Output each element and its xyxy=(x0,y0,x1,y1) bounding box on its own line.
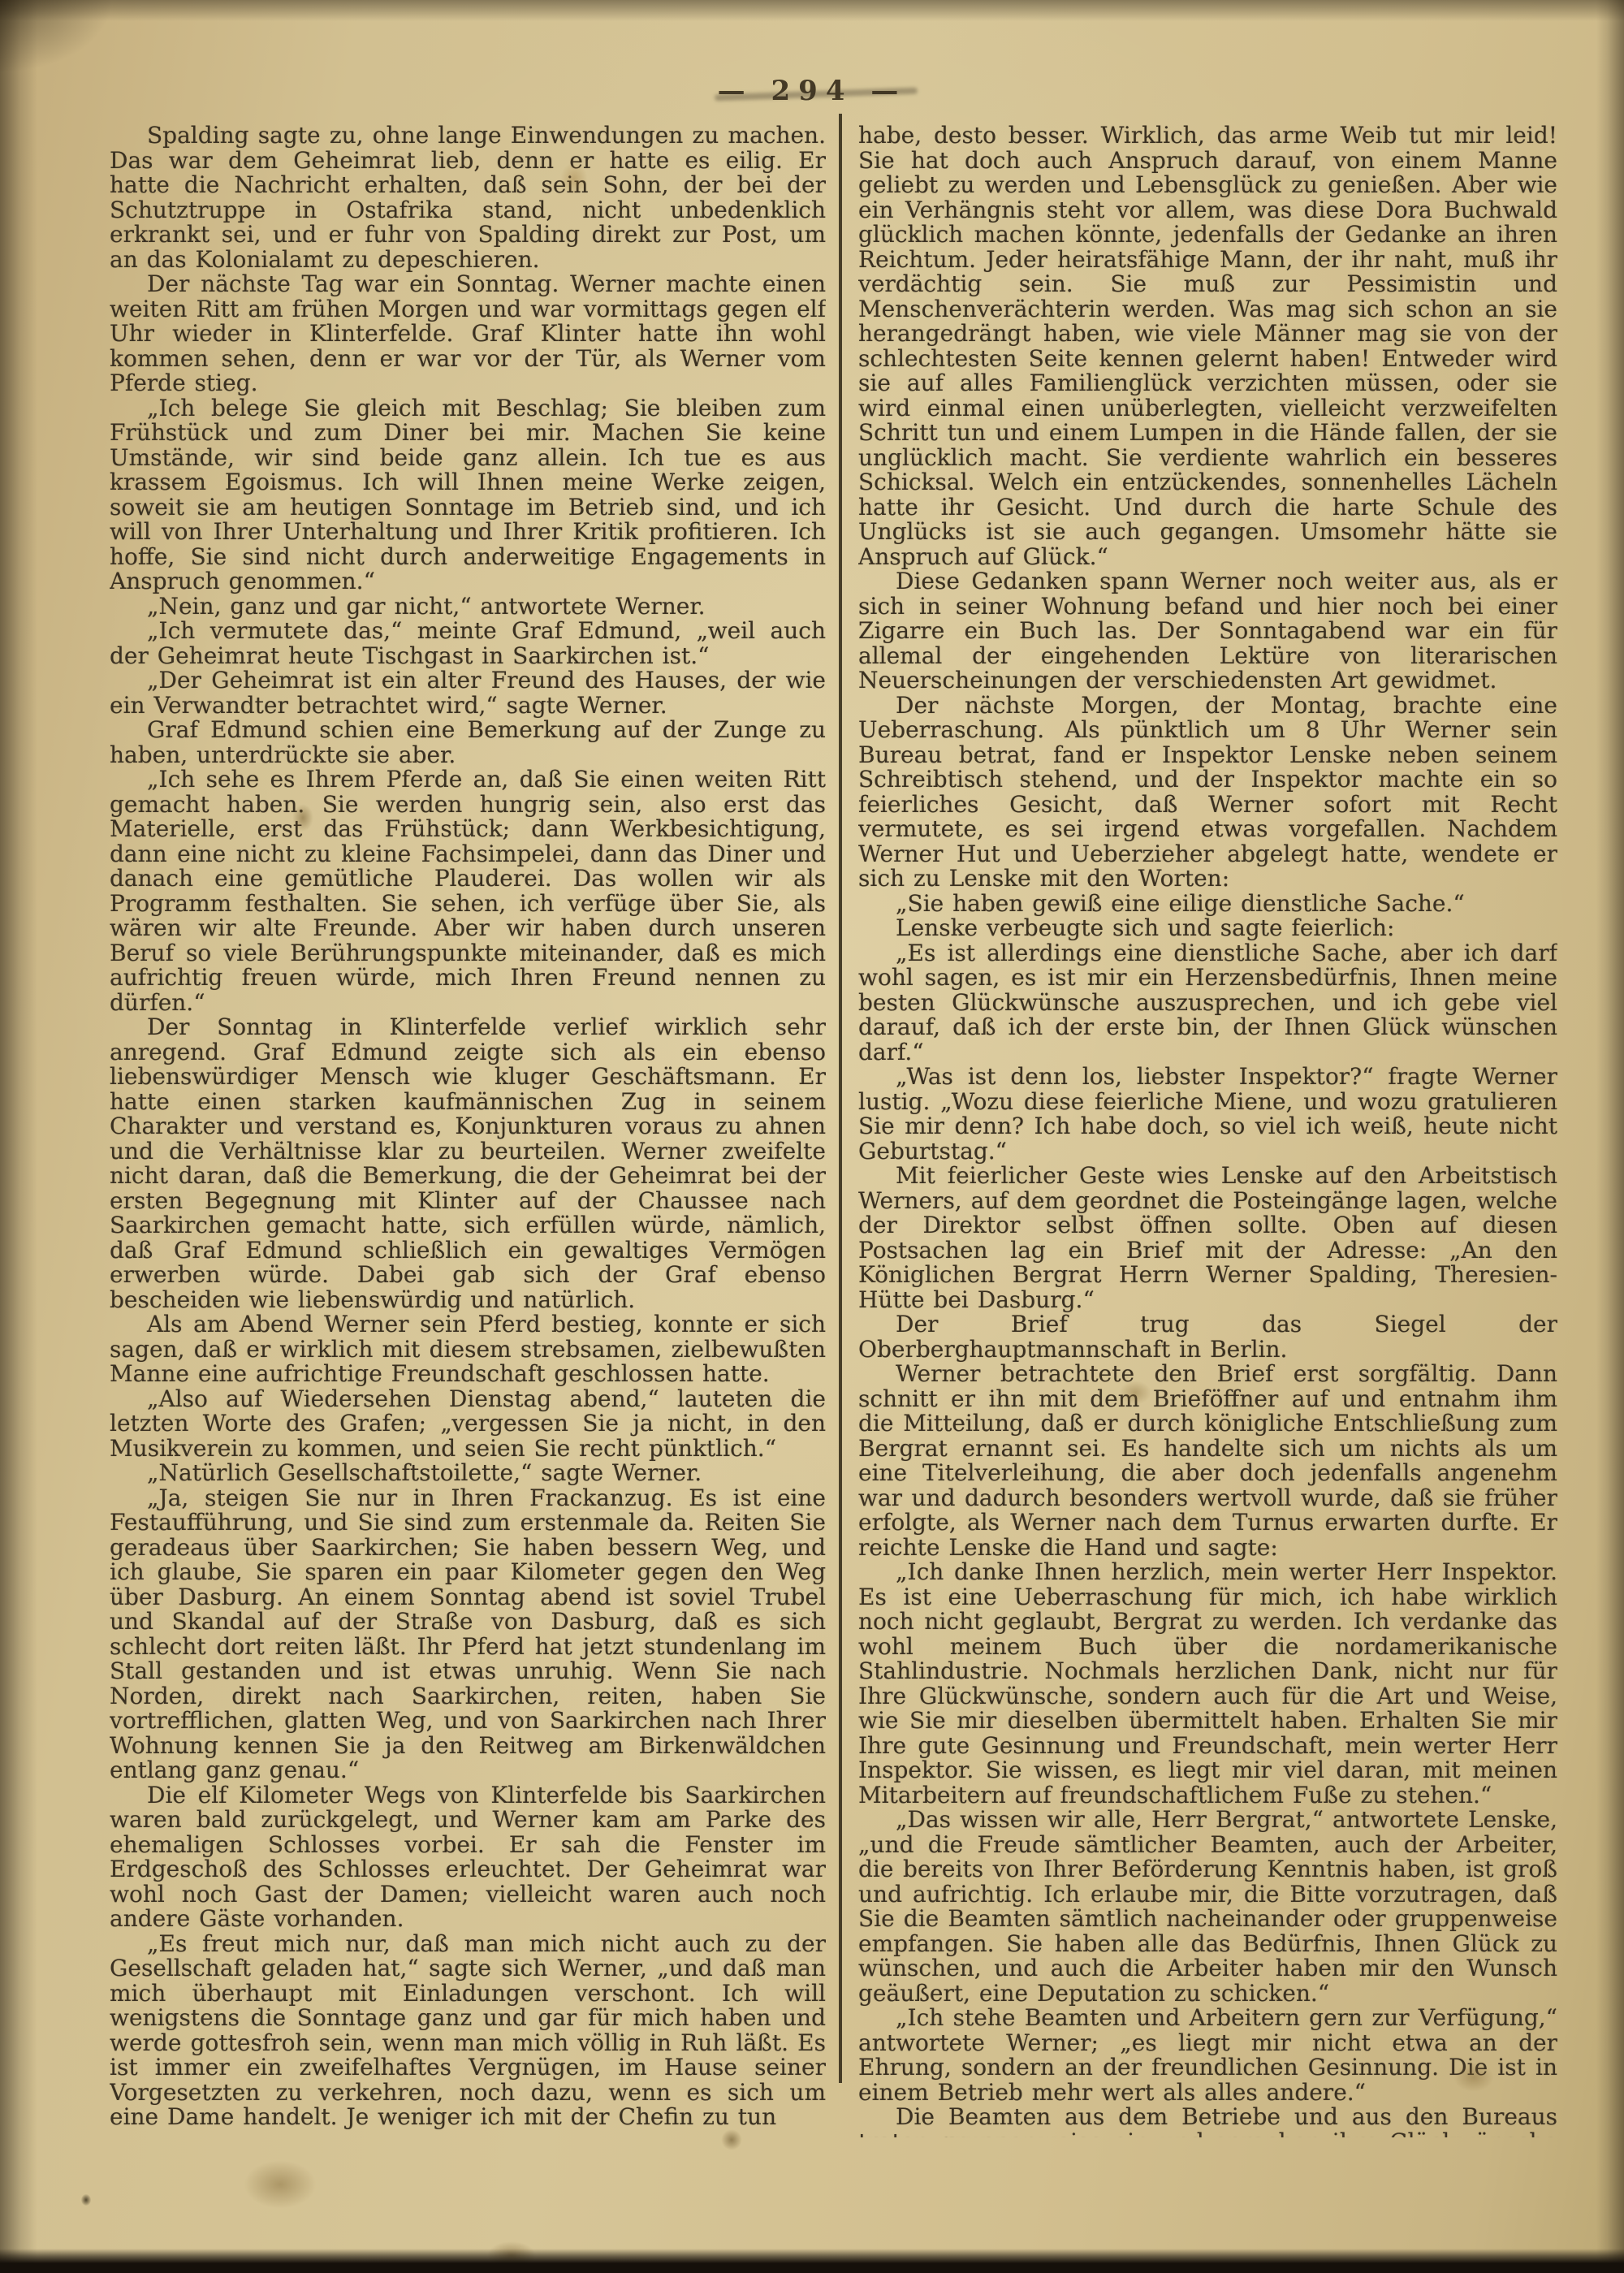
paragraph: Der nächste Morgen, der Montag, brachte … xyxy=(858,694,1557,892)
paragraph: Diese Gedanken spann Werner noch weiter … xyxy=(858,569,1557,694)
paragraph: Graf Edmund schien eine Bemerkung auf de… xyxy=(110,718,826,767)
paragraph: Werner betrachtete den Brief erst sorgfä… xyxy=(858,1362,1557,1560)
stain xyxy=(487,2241,536,2269)
paragraph: Die elf Kilometer Wegs von Klinterfelde … xyxy=(110,1783,826,1932)
paragraph: „Es freut mich nur, daß man mich nicht a… xyxy=(110,1932,826,2130)
paragraph: „Also auf Wiedersehen Dienstag abend,“ l… xyxy=(110,1387,826,1462)
paragraph: „Das wissen wir alle, Herr Bergrat,“ ant… xyxy=(858,1808,1557,2006)
paragraph: Der Sonntag in Klinterfelde verlief wirk… xyxy=(110,1015,826,1312)
paragraph: „Nein, ganz und gar nicht,“ antwortete W… xyxy=(110,594,826,620)
paragraph: „Es ist allerdings eine dienstliche Sach… xyxy=(858,941,1557,1065)
scan-shadow-right xyxy=(1596,0,1624,2273)
paragraph: Lenske verbeugte sich und sagte feierlic… xyxy=(858,916,1557,941)
paragraph: „Ich danke Ihnen herzlich, mein werter H… xyxy=(858,1560,1557,1808)
paragraph: „Ich belege Sie gleich mit Beschlag; Sie… xyxy=(110,396,826,594)
paragraph: Mit feierlicher Geste wies Lenske auf de… xyxy=(858,1164,1557,1312)
paragraph: Der nächste Tag war ein Sonntag. Werner … xyxy=(110,272,826,396)
paragraph: „Ich sehe es Ihrem Pferde an, daß Sie ei… xyxy=(110,767,826,1015)
paragraph: „Ja, steigen Sie nur in Ihren Frackanzug… xyxy=(110,1486,826,1783)
paragraph: Als am Abend Werner sein Pferd bestieg, … xyxy=(110,1312,826,1387)
paragraph: „Der Geheimrat ist ein alter Freund des … xyxy=(110,668,826,718)
paragraph: Die Beamten aus dem Betriebe und aus den… xyxy=(858,2105,1557,2137)
paragraph: habe, desto besser. Wirklich, das arme W… xyxy=(858,123,1557,569)
text-column-right: habe, desto besser. Wirklich, das arme W… xyxy=(858,123,1557,2137)
text-column-left: Spalding sagte zu, ohne lange Einwendung… xyxy=(110,123,826,2137)
book-page-scan: — 294 — Spalding sagte zu, ohne lange Ei… xyxy=(0,0,1624,2273)
scan-shadow-left xyxy=(0,0,37,2273)
paragraph: „Natürlich Gesellschaftstoilette,“ sagte… xyxy=(110,1461,826,1486)
paragraph: „Was ist denn los, liebster Inspektor?“ … xyxy=(858,1065,1557,1164)
scan-shadow-bottom xyxy=(0,2249,1624,2273)
paragraph: „Ich vermutete das,“ meinte Graf Edmund,… xyxy=(110,619,826,668)
stain xyxy=(244,2160,317,2209)
scan-shadow-top xyxy=(0,0,1624,21)
column-divider xyxy=(839,114,842,2083)
scan-shadow-corner xyxy=(0,0,114,73)
stain xyxy=(81,2194,91,2206)
paragraph: „Sie haben gewiß eine eilige dienstliche… xyxy=(858,892,1557,917)
paragraph: „Ich stehe Beamten und Arbeitern gern zu… xyxy=(858,2006,1557,2105)
paragraph: Der Brief trug das Siegel der Oberbergha… xyxy=(858,1312,1557,1362)
paragraph: Spalding sagte zu, ohne lange Einwendung… xyxy=(110,123,826,272)
